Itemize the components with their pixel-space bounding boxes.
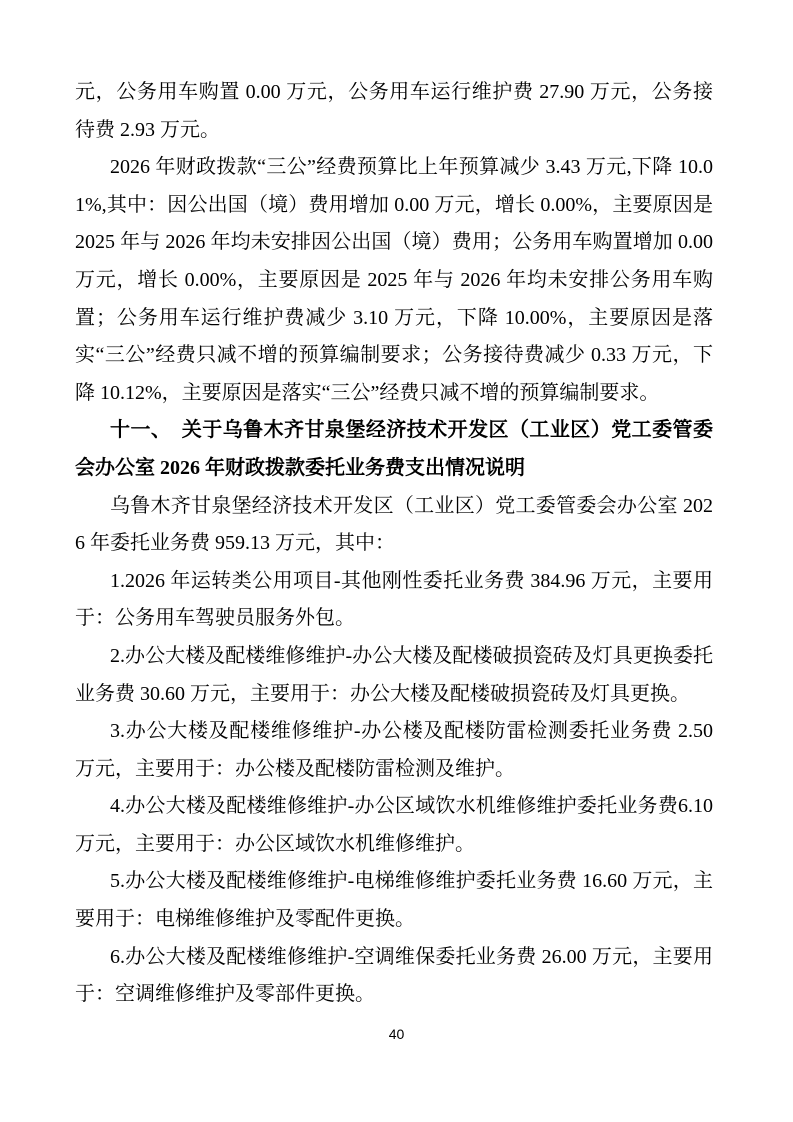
section-heading-eleven: 十一、 关于乌鲁木齐甘泉堡经济技术开发区（工业区）党工委管委会办公室 2026 … — [75, 412, 713, 487]
paragraph-sangong-breakdown-continuation: 元，公务用车购置 0.00 万元，公务用车运行维护费 27.90 万元，公务接待… — [75, 74, 713, 149]
paragraph-item-4: 4.办公大楼及配楼维修维护-办公区域饮水机维修维护委托业务费6.10万元，主要用… — [75, 788, 713, 863]
paragraph-item-1: 1.2026 年运转类公用项目-其他刚性委托业务费 384.96 万元，主要用于… — [75, 563, 713, 638]
paragraph-item-5: 5.办公大楼及配楼维修维护-电梯维修维护委托业务费 16.60 万元，主要用于：… — [75, 863, 713, 938]
page-number: 40 — [0, 1026, 793, 1042]
paragraph-entrusted-services-total: 乌鲁木齐甘泉堡经济技术开发区（工业区）党工委管委会办公室 2026 年委托业务费… — [75, 488, 713, 563]
document-page: 元，公务用车购置 0.00 万元，公务用车运行维护费 27.90 万元，公务接待… — [0, 0, 793, 1122]
paragraph-item-6: 6.办公大楼及配楼维修维护-空调维保委托业务费 26.00 万元，主要用于：空调… — [75, 939, 713, 1014]
paragraph-sangong-year-comparison: 2026 年财政拨款“三公”经费预算比上年预算减少 3.43 万元,下降 10.… — [75, 149, 713, 412]
paragraph-item-3: 3.办公大楼及配楼维修维护-办公楼及配楼防雷检测委托业务费 2.50 万元，主要… — [75, 713, 713, 788]
paragraph-item-2: 2.办公大楼及配楼维修维护-办公大楼及配楼破损瓷砖及灯具更换委托业务费 30.6… — [75, 638, 713, 713]
